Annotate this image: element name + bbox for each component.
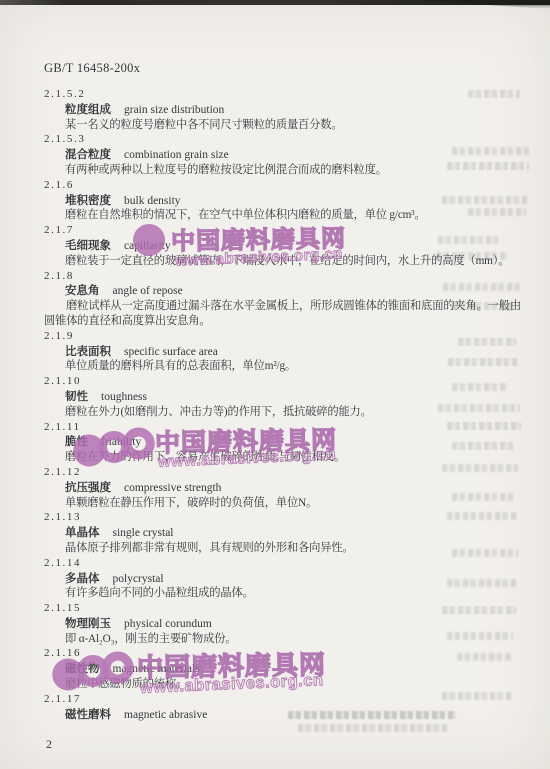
section-number: 2.1.5.2 bbox=[44, 87, 522, 102]
standard-code: GB/T 16458-200x bbox=[44, 61, 522, 76]
section-number: 2.1.10 bbox=[44, 374, 522, 389]
section-definition: 磨粒在外力的作用下，容易产生破碎的性质,与韧性相反。 bbox=[65, 450, 522, 465]
term-en: magnetic materials bbox=[113, 663, 200, 675]
term-en: friability bbox=[101, 436, 141, 448]
section-number: 2.1.17 bbox=[44, 692, 522, 707]
bleedthrough-mark bbox=[298, 724, 448, 732]
term-en: angle of repose bbox=[113, 285, 183, 297]
term-zh: 比表面积 bbox=[65, 346, 111, 358]
section-number: 2.1.8 bbox=[44, 269, 522, 284]
section-definition: 磨粒中感磁物质的统称。 bbox=[65, 677, 522, 692]
term-en: combination grain size bbox=[124, 149, 229, 161]
section-definition: 有许多趋向不同的小晶粒组成的晶体。 bbox=[65, 586, 522, 601]
section-definition: 磨粒在外力(如磨削力、冲击力等)的作用下，抵抗破碎的能力。 bbox=[65, 405, 522, 420]
section-term-line: 毛细现象capillarity bbox=[65, 238, 522, 254]
section-number: 2.1.7 bbox=[44, 223, 522, 238]
section-term-line: 磁性磨料magnetic abrasive bbox=[65, 707, 522, 723]
section-term-line: 磁性物magnetic materials bbox=[65, 661, 522, 677]
section-definition: 单颗磨粒在静压作用下，破碎时的负荷值，单位N。 bbox=[65, 496, 522, 511]
term-zh: 单晶体 bbox=[65, 527, 100, 539]
section-term-line: 抗压强度compressive strength bbox=[65, 480, 522, 496]
section-definition: 磨粒在自然堆积的情况下，在空气中单位体积内磨粒的质量，单位 g/cm³。 bbox=[65, 208, 522, 223]
section-term-line: 粒度组成grain size distribution bbox=[65, 102, 522, 118]
term-zh: 物理刚玉 bbox=[65, 618, 111, 630]
section-number: 2.1.16 bbox=[44, 646, 522, 661]
term-section: 2.1.10 韧性toughness 磨粒在外力(如磨削力、冲击力等)的作用下，… bbox=[44, 374, 522, 419]
term-en: toughness bbox=[101, 391, 147, 403]
term-zh: 多晶体 bbox=[65, 573, 100, 585]
term-zh: 抗压强度 bbox=[65, 482, 111, 494]
term-en: magnetic abrasive bbox=[124, 709, 207, 721]
section-term-line: 堆积密度bulk density bbox=[65, 193, 522, 209]
term-section: 2.1.5.2 粒度组成grain size distribution 某一名义… bbox=[44, 87, 522, 132]
term-section: 2.1.7 毛细现象capillarity 磨粒装于一定直径的玻璃试管内，下端浸… bbox=[44, 223, 522, 268]
section-term-line: 韧性toughness bbox=[65, 389, 522, 405]
section-term-line: 混合粒度combination grain size bbox=[65, 147, 522, 163]
section-definition: 单位质量的磨料所具有的总表面积，单位m²/g。 bbox=[65, 359, 522, 374]
term-en: polycrystal bbox=[113, 573, 164, 585]
sections: 2.1.5.2 粒度组成grain size distribution 某一名义… bbox=[44, 87, 522, 722]
term-en: compressive strength bbox=[124, 482, 221, 494]
section-term-line: 单晶体single crystal bbox=[65, 525, 522, 541]
term-section: 2.1.17 磁性磨料magnetic abrasive bbox=[44, 692, 522, 723]
section-definition: 磨粒试样从一定高度通过漏斗落在水平金属板上，所形成圆锥体的锥面和底面的夹角。一般… bbox=[44, 299, 522, 329]
term-zh: 磁性物 bbox=[65, 663, 100, 675]
term-zh: 粒度组成 bbox=[65, 104, 111, 116]
term-zh: 堆积密度 bbox=[65, 195, 111, 207]
term-zh: 毛细现象 bbox=[65, 240, 111, 252]
scan-top-band bbox=[0, 0, 550, 5]
section-term-line: 物理刚玉physical corundum bbox=[65, 616, 522, 632]
section-number: 2.1.6 bbox=[44, 178, 522, 193]
term-section: 2.1.14 多晶体polycrystal 有许多趋向不同的小晶粒组成的晶体。 bbox=[44, 556, 522, 601]
section-definition: 某一名义的粒度号磨粒中各不同尺寸颗粒的质量百分数。 bbox=[65, 118, 522, 133]
term-section: 2.1.16 磁性物magnetic materials 磨粒中感磁物质的统称。 bbox=[44, 646, 522, 691]
term-zh: 安息角 bbox=[65, 285, 100, 297]
term-en: single crystal bbox=[113, 527, 174, 539]
term-zh: 混合粒度 bbox=[65, 149, 111, 161]
section-definition: 即 α-Al₂O₃，刚玉的主要矿物成份。 bbox=[65, 632, 522, 647]
term-en: physical corundum bbox=[124, 618, 212, 630]
term-section: 2.1.15 物理刚玉physical corundum 即 α-Al₂O₃，刚… bbox=[44, 601, 522, 646]
section-number: 2.1.11 bbox=[44, 420, 522, 435]
page-number: 2 bbox=[46, 737, 52, 752]
term-section: 2.1.6 堆积密度bulk density 磨粒在自然堆积的情况下，在空气中单… bbox=[44, 178, 522, 223]
term-en: grain size distribution bbox=[124, 104, 224, 116]
section-number: 2.1.12 bbox=[44, 465, 522, 480]
term-section: 2.1.11 脆性friability 磨粒在外力的作用下，容易产生破碎的性质,… bbox=[44, 420, 522, 465]
term-section: 2.1.5.3 混合粒度combination grain size 有两种或两… bbox=[44, 132, 522, 177]
section-term-line: 脆性friability bbox=[65, 434, 522, 450]
section-definition: 有两种或两种以上粒度号的磨粒按设定比例混合而成的磨料粒度。 bbox=[65, 163, 522, 178]
scan-corner-shadow bbox=[420, 0, 550, 9]
section-number: 2.1.5.3 bbox=[44, 132, 522, 147]
section-definition: 磨粒装于一定直径的玻璃试管内，下端浸入水中，在给定的时间内，水上升的高度（mm）… bbox=[65, 254, 522, 269]
term-en: capillarity bbox=[124, 240, 171, 252]
section-number: 2.1.13 bbox=[44, 510, 522, 525]
term-zh: 脆性 bbox=[65, 436, 88, 448]
term-section: 2.1.9 比表面积specific surface area 单位质量的磨料所… bbox=[44, 329, 522, 374]
term-section: 2.1.13 单晶体single crystal 晶体原子排列都非常有规则，具有… bbox=[44, 510, 522, 555]
term-section: 2.1.8 安息角angle of repose 磨粒试样从一定高度通过漏斗落在… bbox=[44, 269, 522, 329]
section-term-line: 比表面积specific surface area bbox=[65, 344, 522, 360]
section-definition: 晶体原子排列都非常有规则，具有规则的外形和各向异性。 bbox=[65, 541, 522, 556]
term-en: specific surface area bbox=[124, 346, 218, 358]
document-content: GB/T 16458-200x 2.1.5.2 粒度组成grain size d… bbox=[44, 61, 522, 722]
section-number: 2.1.15 bbox=[44, 601, 522, 616]
term-zh: 韧性 bbox=[65, 391, 88, 403]
section-number: 2.1.9 bbox=[44, 329, 522, 344]
section-number: 2.1.14 bbox=[44, 556, 522, 571]
term-zh: 磁性磨料 bbox=[65, 709, 111, 721]
section-term-line: 多晶体polycrystal bbox=[65, 571, 522, 587]
term-en: bulk density bbox=[124, 195, 181, 207]
section-term-line: 安息角angle of repose bbox=[65, 283, 522, 299]
term-section: 2.1.12 抗压强度compressive strength 单颗磨粒在静压作… bbox=[44, 465, 522, 510]
scanned-standard-page: GB/T 16458-200x 2.1.5.2 粒度组成grain size d… bbox=[0, 0, 550, 769]
